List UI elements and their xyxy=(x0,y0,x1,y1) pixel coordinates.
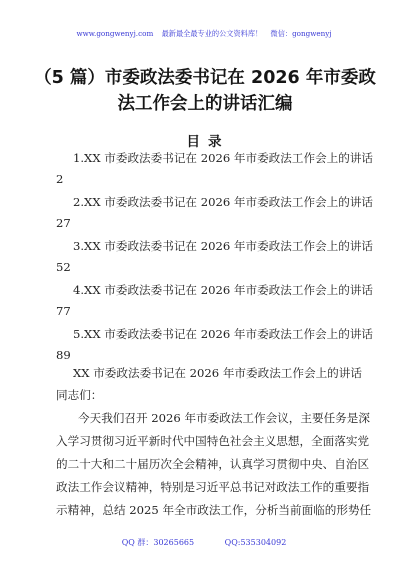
document-title-line-2: 法工作会上的讲话汇编 xyxy=(30,90,380,115)
speech-line-1: 今天我们召开 2026 年市委政法工作会议，主要任务是深 xyxy=(78,410,370,426)
speech-salutation: 同志们： xyxy=(56,387,102,403)
toc-item-1-page: 2 xyxy=(56,172,63,186)
footer-qq: QQ:535304092 xyxy=(225,538,287,547)
document-page: www.gongwenyj.com 最新最全最专业的公文资料库！ 微信：gong… xyxy=(0,0,408,580)
watermark-footer: QQ 群：30265665 QQ:535304092 xyxy=(0,537,408,548)
document-title-line-1: （5 篇）市委政法委书记在 2026 年市委政 xyxy=(30,64,380,89)
toc-heading: 目录 xyxy=(0,130,408,150)
footer-qq-group: QQ 群：30265665 xyxy=(122,538,194,547)
toc-item-2-page: 27 xyxy=(56,216,71,230)
toc-item-2[interactable]: 2.XX 市委政法委书记在 2026 年市委政法工作会上的讲话 xyxy=(73,194,373,210)
toc-item-5[interactable]: 5.XX 市委政法委书记在 2026 年市委政法工作会上的讲话 xyxy=(73,326,373,342)
toc-item-1[interactable]: 1.XX 市委政法委书记在 2026 年市委政法工作会上的讲话 xyxy=(73,150,373,166)
toc-item-3[interactable]: 3.XX 市委政法委书记在 2026 年市委政法工作会上的讲话 xyxy=(73,238,373,254)
header-slogan: 最新最全最专业的公文资料库！ xyxy=(162,29,263,38)
speech-heading: XX 市委政法委书记在 2026 年市委政法工作会上的讲话 xyxy=(73,365,362,381)
speech-line-4: 政法工作会议精神，特别是习近平总书记对政法工作的重要指 xyxy=(56,479,369,495)
speech-line-2: 入学习贯彻习近平新时代中国特色社会主义思想，全面落实党 xyxy=(56,433,369,449)
header-website: www.gongwenyj.com xyxy=(76,29,153,38)
watermark-header: www.gongwenyj.com 最新最全最专业的公文资料库！ 微信：gong… xyxy=(0,29,408,39)
speech-line-5: 示精神，总结 2025 年全市政法工作，分析当前面临的形势任 xyxy=(56,502,371,518)
header-wechat: 微信：gongwenyj xyxy=(271,29,332,38)
toc-item-5-page: 89 xyxy=(56,348,71,362)
toc-item-4-page: 77 xyxy=(56,304,71,318)
speech-line-3: 的二十大和二十届历次全会精神，认真学习贯彻中央、自治区 xyxy=(56,456,369,472)
toc-item-4[interactable]: 4.XX 市委政法委书记在 2026 年市委政法工作会上的讲话 xyxy=(73,282,373,298)
toc-item-3-page: 52 xyxy=(56,260,71,274)
